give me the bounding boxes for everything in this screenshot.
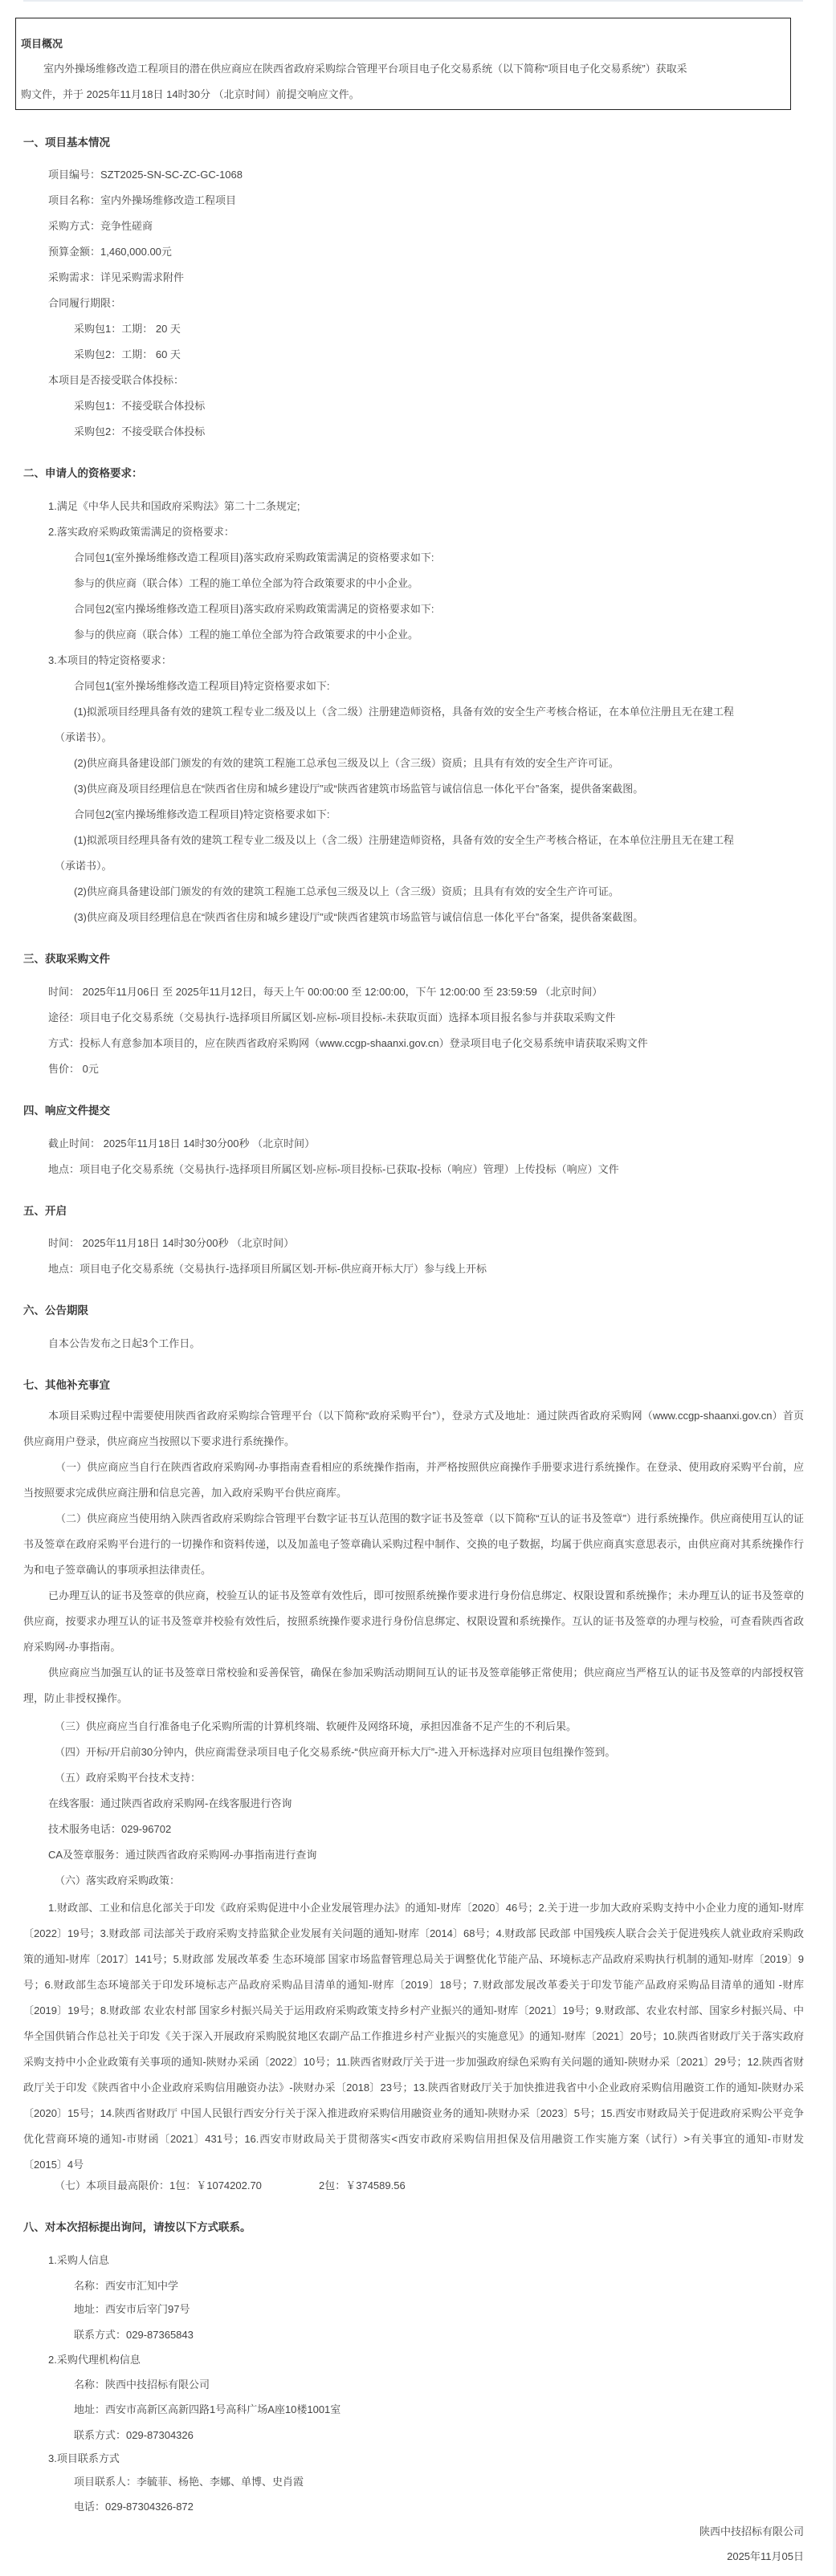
budget-amount: 预算金额：1,460,000.00元 (48, 243, 172, 258)
procurement-requirement: 采购需求：详见采购需求附件 (48, 269, 184, 284)
pkg1-consortium: 采购包1：不接受联合体投标 (74, 397, 205, 413)
online-service: 在线客服：通过陕西省政府采购网-在线客服进行咨询 (48, 1795, 292, 1810)
qual-item3-pkg2-r1b: （承诺书）。 (55, 857, 112, 873)
section1-heading: 一、项目基本情况 (23, 133, 110, 149)
overview-text-line2: 购文件，并于 2025年11月18日 14时30分 （北京时间）前提交响应文件。 (21, 86, 360, 101)
obtain-route: 途径：项目电子化交易系统（交易执行-选择项目所属区划-应标-项目投标-未获取页面… (48, 1009, 615, 1024)
qual-item3-pkg2-r3: (3)供应商及项目经理信息在“陕西省住房和城乡建设厅”或“陕西省建筑市场监管与诚… (74, 909, 643, 924)
agency-contact: 联系方式：029-87304326 (74, 2427, 194, 2442)
qual-item2-pkg2: 合同包2(室内操场维修改造工程项目)落实政府采购政策需满足的资格要求如下: (74, 600, 434, 616)
supplement-p6: （四）开标/开启前30分钟内，供应商需登录项目电子化交易系统-“供应商开标大厅”… (55, 1744, 615, 1759)
obtain-price: 售价： 0元 (48, 1060, 99, 1076)
agency-name: 名称：陕西中技招标有限公司 (74, 2376, 210, 2391)
overview-text-line1: 室内外操场维修改造工程项目的潜在供应商应在陕西省政府采购综合管理平台项目电子化交… (21, 60, 687, 75)
scrollbar-track[interactable] (833, 0, 836, 2576)
overview-box: 项目概况 室内外操场维修改造工程项目的潜在供应商应在陕西省政府采购综合管理平台项… (15, 18, 791, 110)
buyer-name: 名称：西安市汇知中学 (74, 2277, 178, 2293)
policy-list: 1.财政部、工业和信息化部关于印发《政府采购促进中小企业发展管理办法》的通知-财… (23, 1895, 804, 2178)
section7-heading: 七、其他补充事宜 (23, 1376, 110, 1392)
qual-item3-pkg1-r2: (2)供应商具备建设部门颁发的有效的建筑工程施工总承包三级及以上（含三级）资质；… (74, 755, 619, 770)
supplement-p8: （六）落实政府采购政策： (55, 1872, 180, 1887)
qual-item3-pkg2: 合同包2(室内操场维修改造工程项目)特定资格要求如下: (74, 806, 330, 821)
announcement-period: 自本公告发布之日起3个工作日。 (48, 1335, 200, 1350)
section8-heading: 八、对本次招标提出询问，请按以下方式联系。 (23, 2218, 251, 2234)
project-phone: 电话：029-87304326-872 (74, 2498, 194, 2513)
buyer-info-label: 1.采购人信息 (48, 2252, 109, 2267)
obtain-time: 时间： 2025年11月06日 至 2025年11月12日，每天上午 00:00… (48, 983, 602, 999)
agency-address: 地址：西安市高新区高新四路1号高科广场A座10楼1001室 (74, 2401, 341, 2416)
qual-item3-pkg2-r1a: (1)拟派项目经理具备有效的建筑工程专业二级及以上（含二级）注册建造师资格，具备… (74, 832, 734, 847)
submission-deadline: 截止时间： 2025年11月18日 14时30分00秒 （北京时间） (48, 1135, 315, 1150)
supplement-p3: 已办理互认的证书及签章的供应商，校验互认的证书及签章有效性后，即可按照系统操作要… (23, 1583, 804, 1660)
qual-item3-pkg1-r1b: （承诺书）。 (55, 729, 112, 744)
section5-heading: 五、开启 (23, 1202, 67, 1218)
qual-item2-pkg1: 合同包1(室外操场维修改造工程项目)落实政府采购政策需满足的资格要求如下: (74, 549, 434, 564)
project-contact-label: 3.项目联系方式 (48, 2450, 120, 2465)
qual-item3: 3.本项目的特定资格要求： (48, 652, 172, 667)
section6-heading: 六、公告期限 (23, 1301, 88, 1317)
qual-item3-pkg2-r2: (2)供应商具备建设部门颁发的有效的建筑工程施工总承包三级及以上（含三级）资质；… (74, 883, 619, 898)
top-divider (23, 0, 803, 2)
project-name: 项目名称：室内外操场维修改造工程项目 (48, 192, 236, 207)
buyer-contact: 联系方式：029-87365843 (74, 2326, 194, 2342)
section4-heading: 四、响应文件提交 (23, 1101, 110, 1117)
footer-company: 陕西中技招标有限公司 (699, 2523, 804, 2538)
obtain-method: 方式：投标人有意参加本项目的，应在陕西省政府采购网（www.ccgp-shaan… (48, 1035, 648, 1050)
supplement-p2: （二）供应商应当使用纳入陕西省政府采购综合管理平台数字证书互认范围的数字证书及签… (23, 1506, 804, 1583)
contract-period-label: 合同履行期限： (48, 295, 121, 310)
qual-item3-pkg1-r3: (3)供应商及项目经理信息在“陕西省住房和城乡建设厅”或“陕西省建筑市场监管与诚… (74, 780, 643, 796)
pkg1-period: 采购包1：工期： 20 天 (74, 320, 181, 336)
qual-item1: 1.满足《中华人民共和国政府采购法》第二十二条规定; (48, 498, 300, 513)
consortium-label: 本项目是否接受联合体投标： (48, 372, 184, 387)
qual-item3-pkg1: 合同包1(室外操场维修改造工程项目)特定资格要求如下: (74, 678, 330, 693)
ca-service: CA及签章服务：通过陕西省政府采购网-办事指南进行查询 (48, 1846, 316, 1862)
submission-place: 地点：项目电子化交易系统（交易执行-选择项目所属区划-应标-项目投标-已获取-投… (48, 1161, 619, 1176)
opening-time: 时间： 2025年11月18日 14时30分00秒 （北京时间） (48, 1235, 294, 1250)
footer-date: 2025年11月05日 (727, 2548, 804, 2563)
qual-item3-pkg1-r1a: (1)拟派项目经理具备有效的建筑工程专业二级及以上（含二级）注册建造师资格，具备… (74, 703, 734, 718)
supplement-p4: 供应商应当加强互认的证书及签章日常校验和妥善保管，确保在参加采购活动期间互认的证… (23, 1660, 804, 1711)
qual-item2: 2.落实政府采购政策需满足的资格要求： (48, 523, 234, 539)
section2-heading: 二、申请人的资格要求： (23, 464, 143, 480)
pkg2-period: 采购包2：工期： 60 天 (74, 346, 181, 361)
procurement-method: 采购方式：竞争性磋商 (48, 218, 153, 233)
supplement-p1: （一）供应商应当自行在陕西省政府采购网-办事指南查看相应的系统操作指南，并严格按… (23, 1455, 804, 1506)
supplement-intro: 本项目采购过程中需要使用陕西省政府采购综合管理平台（以下简称“政府采购平台”），… (23, 1403, 804, 1455)
project-contacts: 项目联系人：李毓菲、杨艳、李娜、单博、史肖霞 (74, 2473, 304, 2489)
agency-info-label: 2.采购代理机构信息 (48, 2351, 141, 2366)
overview-title: 项目概况 (21, 35, 63, 51)
section3-heading: 三、获取采购文件 (23, 950, 110, 966)
opening-place: 地点：项目电子化交易系统（交易执行-选择项目所属区划-开标-供应商开标大厅）参与… (48, 1260, 487, 1276)
max-price-pkg1: （七）本项目最高限价：1包：￥1074202.70 (55, 2177, 262, 2192)
project-number: 项目编号：SZT2025-SN-SC-ZC-GC-1068 (48, 166, 243, 181)
pkg2-consortium: 采购包2：不接受联合体投标 (74, 423, 205, 438)
supplement-p7: （五）政府采购平台技术支持： (55, 1769, 201, 1784)
max-price-pkg2: 2包：￥374589.56 (319, 2177, 406, 2192)
tech-service-phone: 技术服务电话：029-96702 (48, 1821, 171, 1836)
supplement-p5: （三）供应商应当自行准备电子化采购所需的计算机终端、软硬件及网络环境，承担因准备… (55, 1718, 577, 1733)
buyer-address: 地址：西安市后宰门97号 (74, 2301, 190, 2316)
qual-item2-pkg1-text: 参与的供应商（联合体）工程的施工单位全部为符合政策要求的中小企业。 (74, 575, 418, 590)
qual-item2-pkg2-text: 参与的供应商（联合体）工程的施工单位全部为符合政策要求的中小企业。 (74, 626, 418, 641)
